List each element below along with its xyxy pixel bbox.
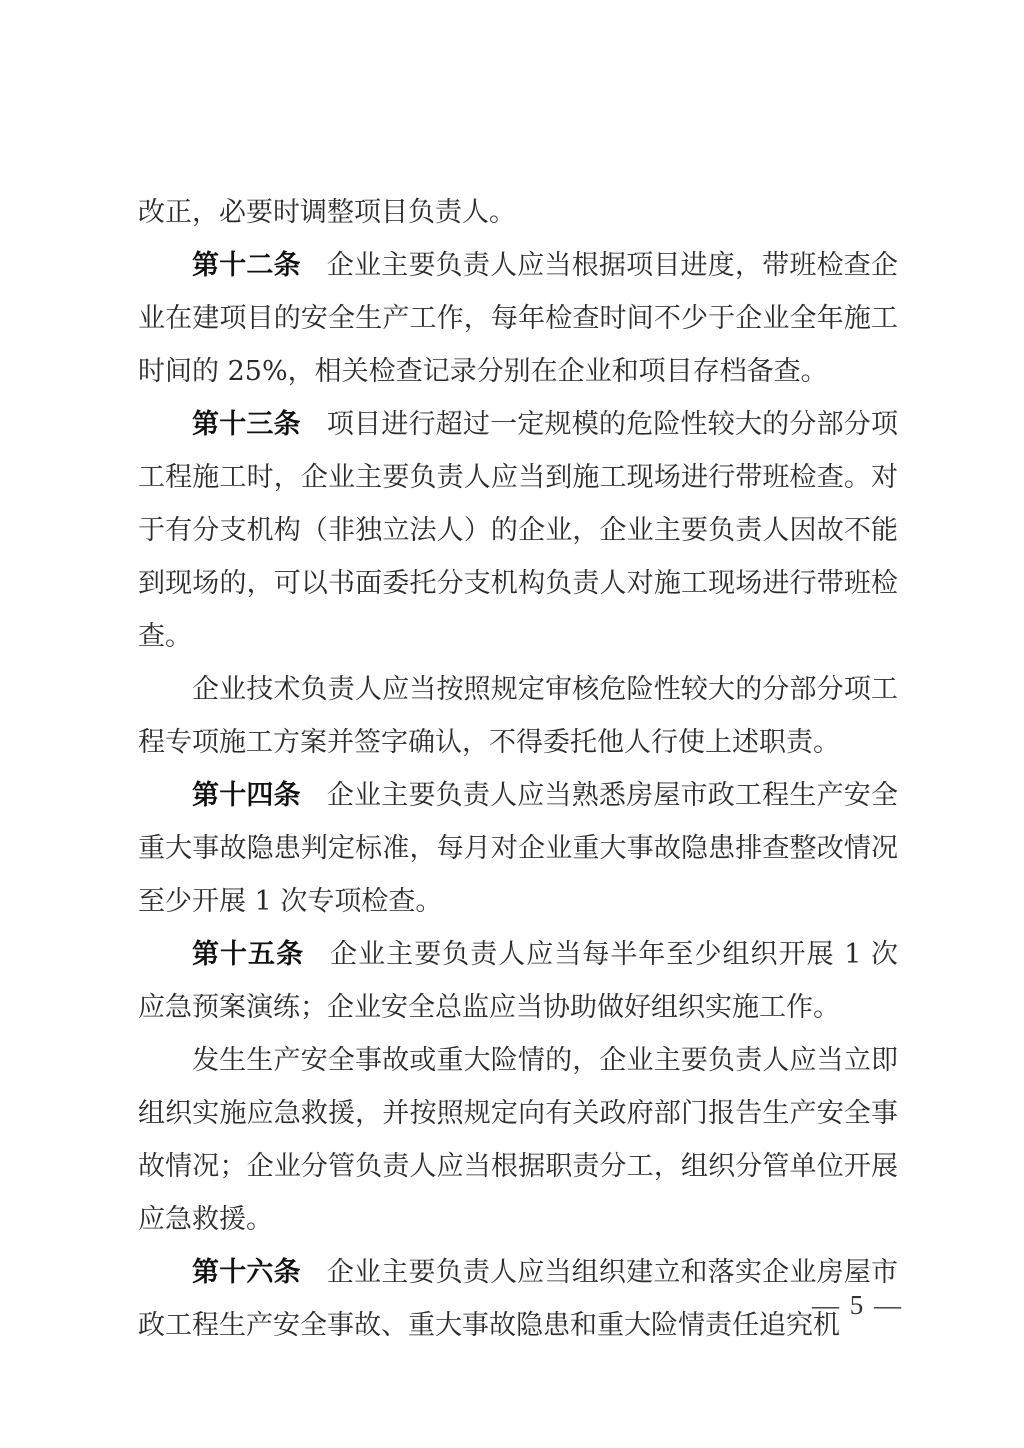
- paragraph-text: 企业技术负责人应当按照规定审核危险性较大的分部分项工程专项施工方案并签字确认，不…: [138, 674, 898, 758]
- article-12: 第十二条企业主要负责人应当根据项目进度，带班检查企业在建项目的安全生产工作，每年…: [138, 239, 898, 398]
- paragraph-text: 发生生产安全事故或重大险情的，企业主要负责人应当立即组织实施应急救援，并按照规定…: [138, 1045, 898, 1235]
- article-heading: 第十二条: [192, 250, 301, 281]
- article-heading: 第十六条: [192, 1257, 301, 1288]
- paragraph-text: 项目进行超过一定规模的危险性较大的分部分项工程施工时，企业主要负责人应当到施工现…: [138, 409, 898, 652]
- article-heading: 第十三条: [192, 409, 301, 440]
- page-number: — 5 —: [812, 1290, 903, 1321]
- paragraph-text: 改正，必要时调整项目负责人。: [138, 197, 516, 228]
- article-15: 第十五条企业主要负责人应当每半年至少组织开展 1 次应急预案演练；企业安全总监应…: [138, 928, 898, 1034]
- article-heading: 第十四条: [192, 780, 301, 811]
- document-body: 改正，必要时调整项目负责人。 第十二条企业主要负责人应当根据项目进度，带班检查企…: [138, 186, 898, 1352]
- article-13: 第十三条项目进行超过一定规模的危险性较大的分部分项工程施工时，企业主要负责人应当…: [138, 398, 898, 663]
- article-14: 第十四条企业主要负责人应当熟悉房屋市政工程生产安全重大事故隐患判定标准，每月对企…: [138, 769, 898, 928]
- paragraph-continuation: 改正，必要时调整项目负责人。: [138, 186, 898, 239]
- article-15-clause-2: 发生生产安全事故或重大险情的，企业主要负责人应当立即组织实施应急救援，并按照规定…: [138, 1034, 898, 1246]
- article-16: 第十六条企业主要负责人应当组织建立和落实企业房屋市政工程生产安全事故、重大事故隐…: [138, 1246, 898, 1352]
- article-13-clause-2: 企业技术负责人应当按照规定审核危险性较大的分部分项工程专项施工方案并签字确认，不…: [138, 663, 898, 769]
- article-heading: 第十五条: [192, 939, 304, 970]
